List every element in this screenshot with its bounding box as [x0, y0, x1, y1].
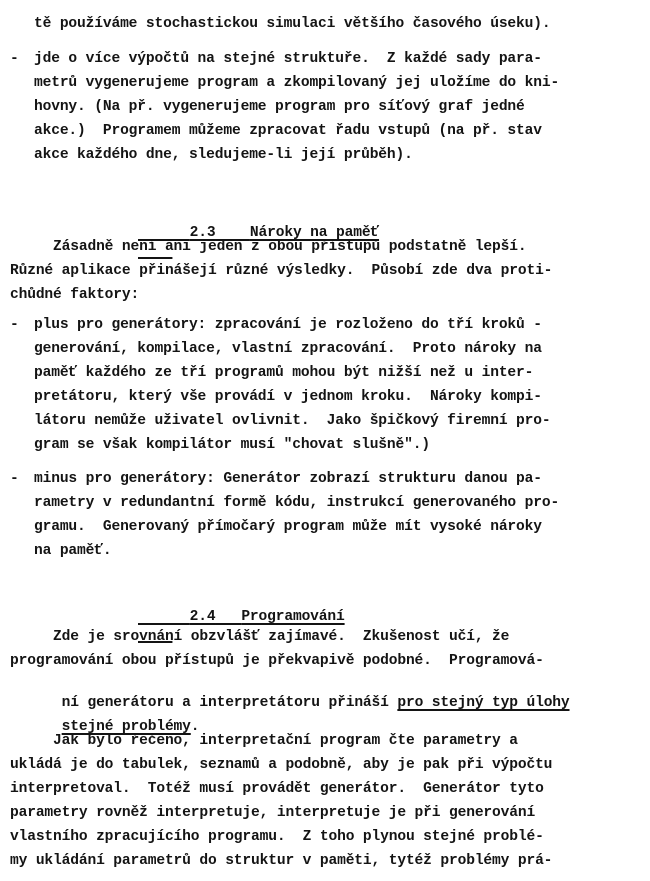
bullet-line: jde o více výpočtů na stejné struktuře. … [34, 50, 542, 68]
paragraph-line: Zde je srovnání obzvlášť zajímavé. Zkuše… [10, 628, 509, 646]
intro-line: tě používáme stochastickou simulaci větš… [34, 15, 550, 33]
bullet-line: akce každého dne, sledujeme-li její průb… [34, 146, 413, 164]
bullet-line: minus pro generátory: Generátor zobrazí … [34, 470, 542, 488]
bullet-line: na paměť. [34, 542, 111, 560]
bullet-marker: - [10, 316, 19, 334]
paragraph-line: programování obou přístupů je překvapivě… [10, 652, 544, 670]
bullet-line: metrů vygenerujeme program a zkompilovan… [34, 74, 559, 92]
paragraph-line: parametry rovněž interpretuje, interpret… [10, 804, 535, 822]
bullet-line: pretátoru, který vše provádí v jednom kr… [34, 388, 542, 406]
typewritten-page: tě používáme stochastickou simulaci větš… [0, 0, 650, 881]
bullet-line: plus pro generátory: zpracování je rozlo… [34, 316, 542, 334]
paragraph-line: my ukládání parametrů do struktur v pamě… [10, 852, 552, 870]
paragraph-line: interpretoval. Totéž musí provádět gener… [10, 780, 544, 798]
paragraph-line: Jak bylo řečeno, interpretační program č… [10, 732, 518, 750]
paragraph-line: Zásadně není ani jeden z obou přístupů p… [10, 238, 526, 256]
underlined-emphasis: pro stejný typ úlohy [397, 695, 569, 711]
bullet-line: látoru nemůže uživatel ovlivnit. Jako šp… [34, 412, 550, 430]
paragraph-line: ukládá je do tabulek, seznamů a podobně,… [10, 756, 552, 774]
bullet-line: rametry v redundantní formě kódu, instru… [34, 494, 559, 512]
bullet-marker: - [10, 50, 19, 68]
paragraph-line: chůdné faktory: [10, 286, 139, 304]
section-number: 2.4 [190, 609, 216, 625]
bullet-line: paměť každého ze tří programů mohou být … [34, 364, 533, 382]
section-title: Programování [241, 609, 344, 625]
paragraph-line: vlastního zpracujícího programu. Z toho … [10, 828, 544, 846]
paragraph-line: Různé aplikace přinášejí různé výsledky.… [10, 262, 552, 280]
bullet-line: akce.) Programem můžeme zpracovat řadu v… [34, 122, 542, 140]
bullet-line: gramu. Generovaný přímočarý program může… [34, 518, 542, 536]
bullet-line: hovny. (Na př. vygenerujeme program pro … [34, 98, 525, 116]
bullet-line: gram se však kompilátor musí "chovat slu… [34, 436, 430, 454]
bullet-marker: - [10, 470, 19, 488]
bullet-line: generování, kompilace, vlastní zpracován… [34, 340, 542, 358]
